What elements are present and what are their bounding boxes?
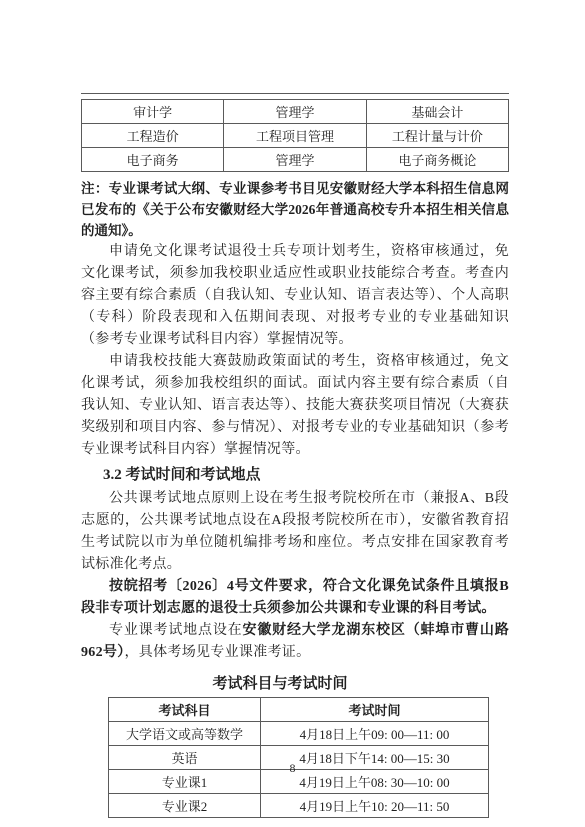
paragraph-public-course-location: 公共课考试地点原则上设在考生报考院校所在市（兼报A、B段志愿的，公共课考试地点设… bbox=[81, 488, 509, 576]
paragraph-professional-course-location: 专业课考试地点设在安徽财经大学龙湖东校区（蚌埠市曹山路962号），具体考场见专业… bbox=[81, 620, 509, 664]
table-cell: 电子商务概论 bbox=[366, 148, 508, 172]
table-cell: 基础会计 bbox=[366, 100, 508, 124]
previous-table-bottom-rule bbox=[81, 93, 509, 94]
table-cell-time: 4月19日上午10: 20—11: 50 bbox=[261, 794, 489, 818]
table-cell: 工程造价 bbox=[82, 124, 224, 148]
table-cell: 管理学 bbox=[224, 148, 366, 172]
document-page: 审计学 管理学 基础会计 工程造价 工程项目管理 工程计量与计价 电子商务 管理… bbox=[0, 0, 585, 827]
course-exam-subjects-table: 审计学 管理学 基础会计 工程造价 工程项目管理 工程计量与计价 电子商务 管理… bbox=[81, 99, 509, 172]
paragraph-skill-competition-interview: 申请我校技能大赛鼓励政策面试的考生，资格审核通过，免文化课考试，须参加我校组织的… bbox=[81, 351, 509, 461]
table-cell-subject: 大学语文或高等数学 bbox=[109, 722, 261, 746]
table-row: 大学语文或高等数学 4月18日上午09: 00—11: 00 bbox=[109, 722, 489, 746]
table-cell: 工程计量与计价 bbox=[366, 124, 508, 148]
paragraph-document-requirement: 按皖招考〔2026〕4号文件要求，符合文化课免试条件且填报B段非专项计划志愿的退… bbox=[81, 576, 509, 620]
exam-schedule-table: 考试科目 考试时间 大学语文或高等数学 4月18日上午09: 00—11: 00… bbox=[108, 697, 489, 818]
table-cell: 审计学 bbox=[82, 100, 224, 124]
paragraph-exempt-veteran-plan: 申请免文化课考试退役士兵专项计划考生，资格审核通过，免文化课考试，须参加我校职业… bbox=[81, 241, 509, 351]
table-row: 电子商务 管理学 电子商务概论 bbox=[82, 148, 509, 172]
section-heading-3-2: 3.2 考试时间和考试地点 bbox=[81, 464, 509, 486]
page-content: 审计学 管理学 基础会计 工程造价 工程项目管理 工程计量与计价 电子商务 管理… bbox=[81, 93, 509, 818]
table-row: 专业课2 4月19日上午10: 20—11: 50 bbox=[109, 794, 489, 818]
table-cell-subject: 专业课2 bbox=[109, 794, 261, 818]
paragraph-text: 专业课考试地点设在 bbox=[109, 623, 243, 638]
table-row: 工程造价 工程项目管理 工程计量与计价 bbox=[82, 124, 509, 148]
column-header-subject: 考试科目 bbox=[109, 698, 261, 722]
table-cell: 管理学 bbox=[224, 100, 366, 124]
table-row: 审计学 管理学 基础会计 bbox=[82, 100, 509, 124]
table-cell: 电子商务 bbox=[82, 148, 224, 172]
note-paragraph: 注：专业课考试大纲、专业课参考书目见安徽财经大学本科招生信息网已发布的《关于公布… bbox=[81, 178, 509, 241]
page-number: 8 bbox=[0, 761, 585, 776]
table-header-row: 考试科目 考试时间 bbox=[109, 698, 489, 722]
table-cell-time: 4月18日上午09: 00—11: 00 bbox=[261, 722, 489, 746]
paragraph-text: ，具体考场见专业课准考证。 bbox=[125, 645, 311, 660]
table-cell: 工程项目管理 bbox=[224, 124, 366, 148]
column-header-time: 考试时间 bbox=[261, 698, 489, 722]
exam-schedule-table-title: 考试科目与考试时间 bbox=[81, 672, 479, 693]
